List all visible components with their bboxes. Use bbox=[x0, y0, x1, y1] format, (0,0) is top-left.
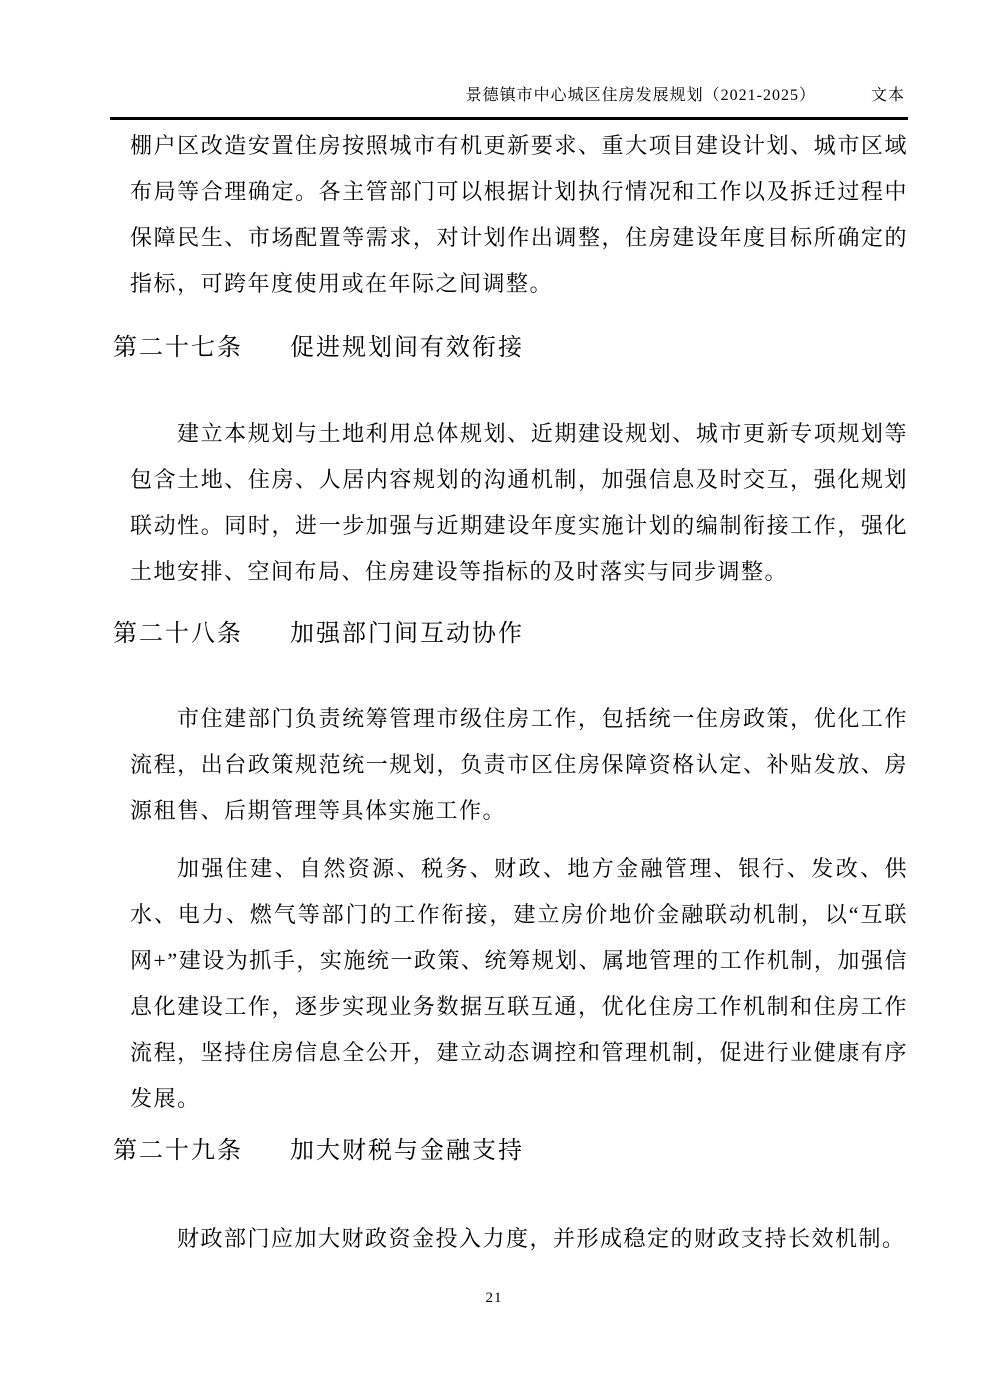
page-number: 21 bbox=[0, 1290, 988, 1307]
paragraph: 财政部门应加大财政资金投入力度，并形成稳定的财政支持长效机制。 bbox=[130, 1216, 908, 1262]
section-title: 促进规划间有效衔接 bbox=[290, 335, 524, 361]
section-number: 第二十七条 bbox=[113, 325, 290, 371]
section-number: 第二十八条 bbox=[113, 611, 290, 657]
section-title: 加大财税与金融支持 bbox=[290, 1138, 524, 1164]
section-number: 第二十九条 bbox=[113, 1128, 290, 1174]
paragraph: 市住建部门负责统筹管理市级住房工作，包括统一住房政策，优化工作流程，出台政策规范… bbox=[130, 696, 908, 834]
document-page: 景德镇市中心城区住房发展规划（2021-2025） 文本 棚户区改造安置住房按照… bbox=[0, 0, 988, 1399]
header-side-label: 文本 bbox=[871, 82, 905, 105]
section-title: 加强部门间互动协作 bbox=[290, 621, 524, 647]
header-rule bbox=[110, 117, 908, 120]
paragraph: 建立本规划与土地利用总体规划、近期建设规划、城市更新专项规划等包含土地、住房、人… bbox=[130, 411, 908, 595]
section-heading-29: 第二十九条加大财税与金融支持 bbox=[113, 1128, 524, 1174]
section-heading-28: 第二十八条加强部门间互动协作 bbox=[113, 611, 524, 657]
paragraph-continuation: 棚户区改造安置住房按照城市有机更新要求、重大项目建设计划、城市区域布局等合理确定… bbox=[130, 123, 908, 307]
section-heading-27: 第二十七条促进规划间有效衔接 bbox=[113, 325, 524, 371]
page-header: 景德镇市中心城区住房发展规划（2021-2025） 文本 bbox=[0, 82, 905, 105]
header-title: 景德镇市中心城区住房发展规划（2021-2025） bbox=[466, 82, 816, 105]
paragraph: 加强住建、自然资源、税务、财政、地方金融管理、银行、发改、供水、电力、燃气等部门… bbox=[130, 846, 908, 1122]
